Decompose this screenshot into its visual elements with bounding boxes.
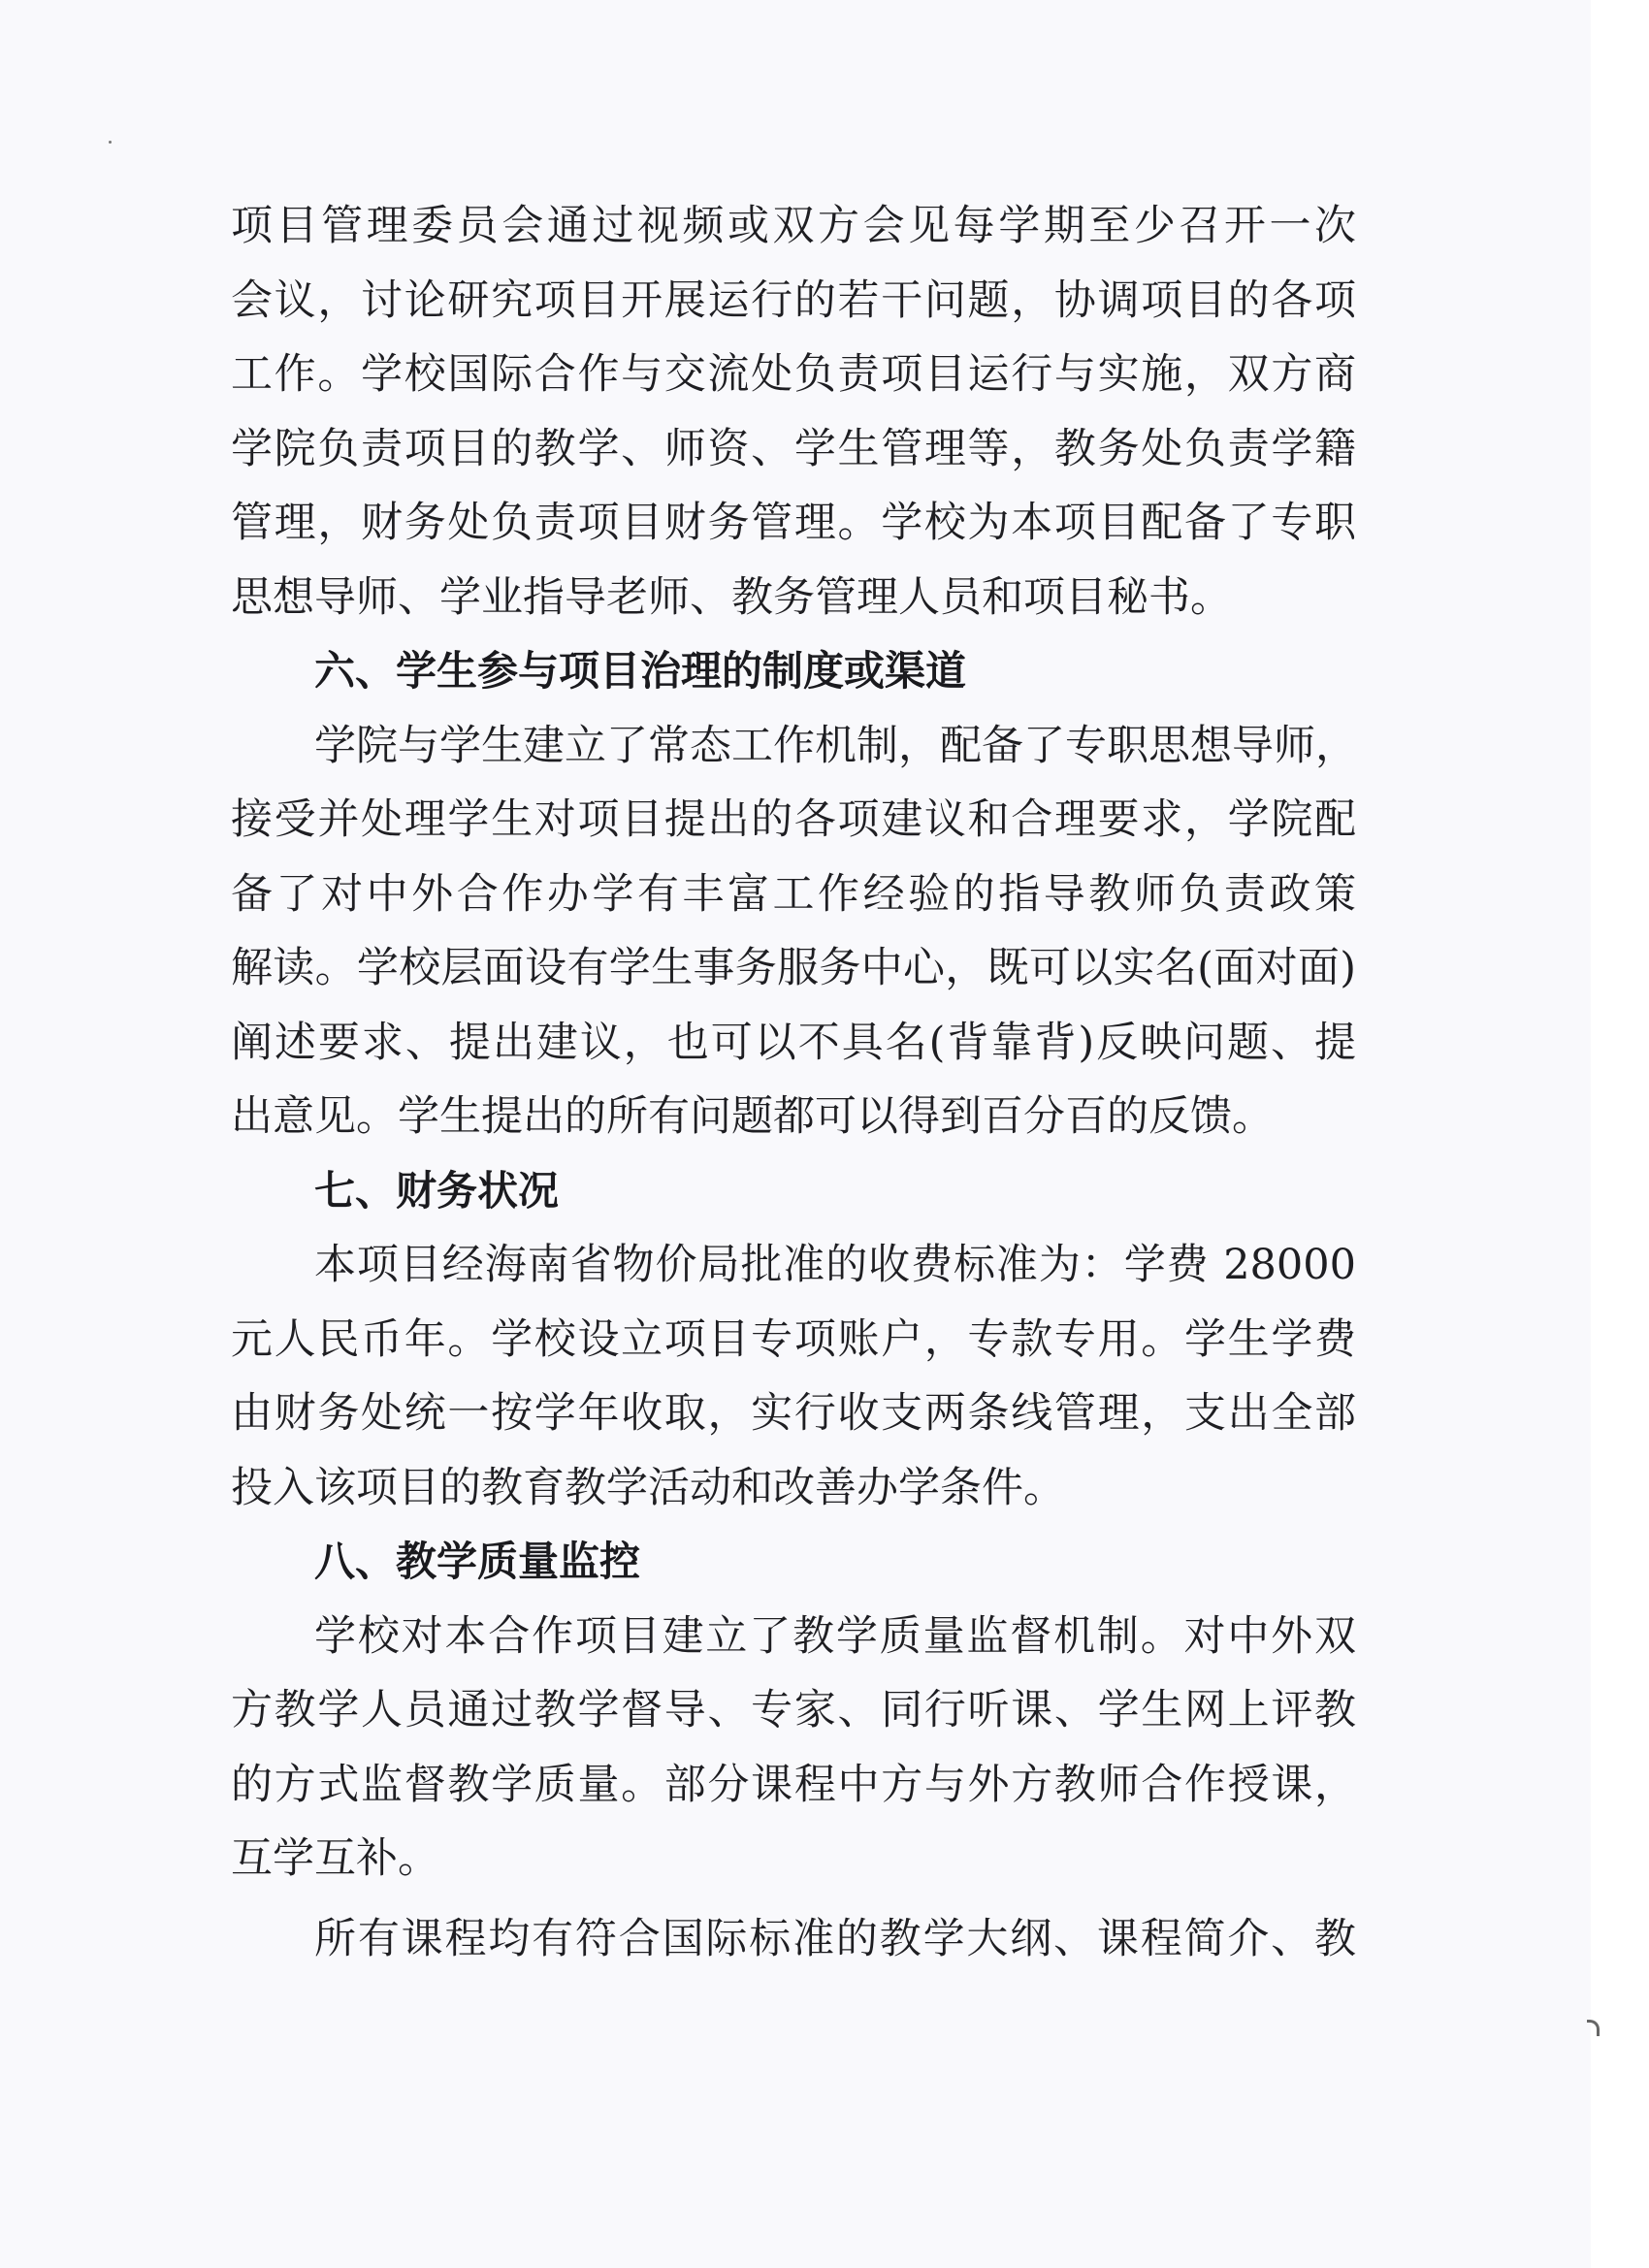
text-line: 由财务处统一按学年收取，实行收支两条线管理，支出全部	[231, 1377, 1356, 1451]
paragraph-curriculum: 所有课程均有符合国际标准的教学大纲、课程简介、教	[231, 1902, 1356, 1977]
text-line: 学院负责项目的教学、师资、学生管理等，教务处负责学籍	[231, 412, 1356, 487]
scan-margin	[1591, 0, 1649, 2268]
text-line: 的方式监督教学质量。部分课程中方与外方教师合作授课，	[231, 1748, 1356, 1823]
text-line: 元人民币年。学校设立项目专项账户，专款专用。学生学费	[231, 1303, 1356, 1377]
paragraph-student-participation: 学院与学生建立了常态工作机制，配备了专职思想导师， 接受并处理学生对项目提出的各…	[231, 709, 1356, 1154]
paragraph-teaching-quality: 学校对本合作项目建立了教学质量监督机制。对中外双 方教学人员通过教学督导、专家、…	[231, 1600, 1356, 1896]
text-line: 工作。学校国际合作与交流处负责项目运行与实施，双方商	[231, 338, 1356, 412]
section-heading-student-participation: 六、学生参与项目治理的制度或渠道	[231, 634, 1356, 709]
text-line: 方教学人员通过教学督导、专家、同行听课、学生网上评教	[231, 1673, 1356, 1748]
text-line: 思想导师、学业指导老师、教务管理人员和项目秘书。	[231, 561, 1356, 635]
text-line: 备了对中外合作办学有丰富工作经验的指导教师负责政策	[231, 858, 1356, 932]
text-line: 接受并处理学生对项目提出的各项建议和合理要求，学院配	[231, 783, 1356, 858]
text-line: 本项目经海南省物价局批准的收费标准为：学费 28000	[231, 1228, 1356, 1303]
scanned-page: 项目管理委员会通过视频或双方会见每学期至少召开一次 会议，讨论研究项目开展运行的…	[0, 0, 1591, 2268]
text-line: 项目管理委员会通过视频或双方会见每学期至少召开一次	[231, 189, 1356, 264]
text-line: 解读。学校层面设有学生事务服务中心，既可以实名(面对面)	[231, 931, 1356, 1006]
text-line: 管理，财务处负责项目财务管理。学校为本项目配备了专职	[231, 486, 1356, 561]
text-line: 出意见。学生提出的所有问题都可以得到百分百的反馈。	[231, 1080, 1356, 1154]
section-heading-teaching-quality: 八、教学质量监控	[231, 1525, 1356, 1600]
text-line: 学校对本合作项目建立了教学质量监督机制。对中外双	[231, 1600, 1356, 1674]
paragraph-governance: 项目管理委员会通过视频或双方会见每学期至少召开一次 会议，讨论研究项目开展运行的…	[231, 189, 1356, 634]
text-line: 阐述要求、提出建议，也可以不具名(背靠背)反映问题、提	[231, 1006, 1356, 1081]
text-line: 投入该项目的教育教学活动和改善办学条件。	[231, 1451, 1356, 1526]
section-heading-financial-status: 七、财务状况	[231, 1154, 1356, 1229]
text-line: 会议，讨论研究项目开展运行的若干问题，协调项目的各项	[231, 264, 1356, 339]
scan-speck	[109, 141, 112, 144]
document-body: 项目管理委员会通过视频或双方会见每学期至少召开一次 会议，讨论研究项目开展运行的…	[231, 189, 1356, 1976]
text-line: 所有课程均有符合国际标准的教学大纲、课程简介、教	[231, 1902, 1356, 1977]
text-line: 互学互补。	[231, 1822, 1356, 1896]
text-line: 学院与学生建立了常态工作机制，配备了专职思想导师，	[231, 709, 1356, 784]
paragraph-financial-status: 本项目经海南省物价局批准的收费标准为：学费 28000 元人民币年。学校设立项目…	[231, 1228, 1356, 1525]
